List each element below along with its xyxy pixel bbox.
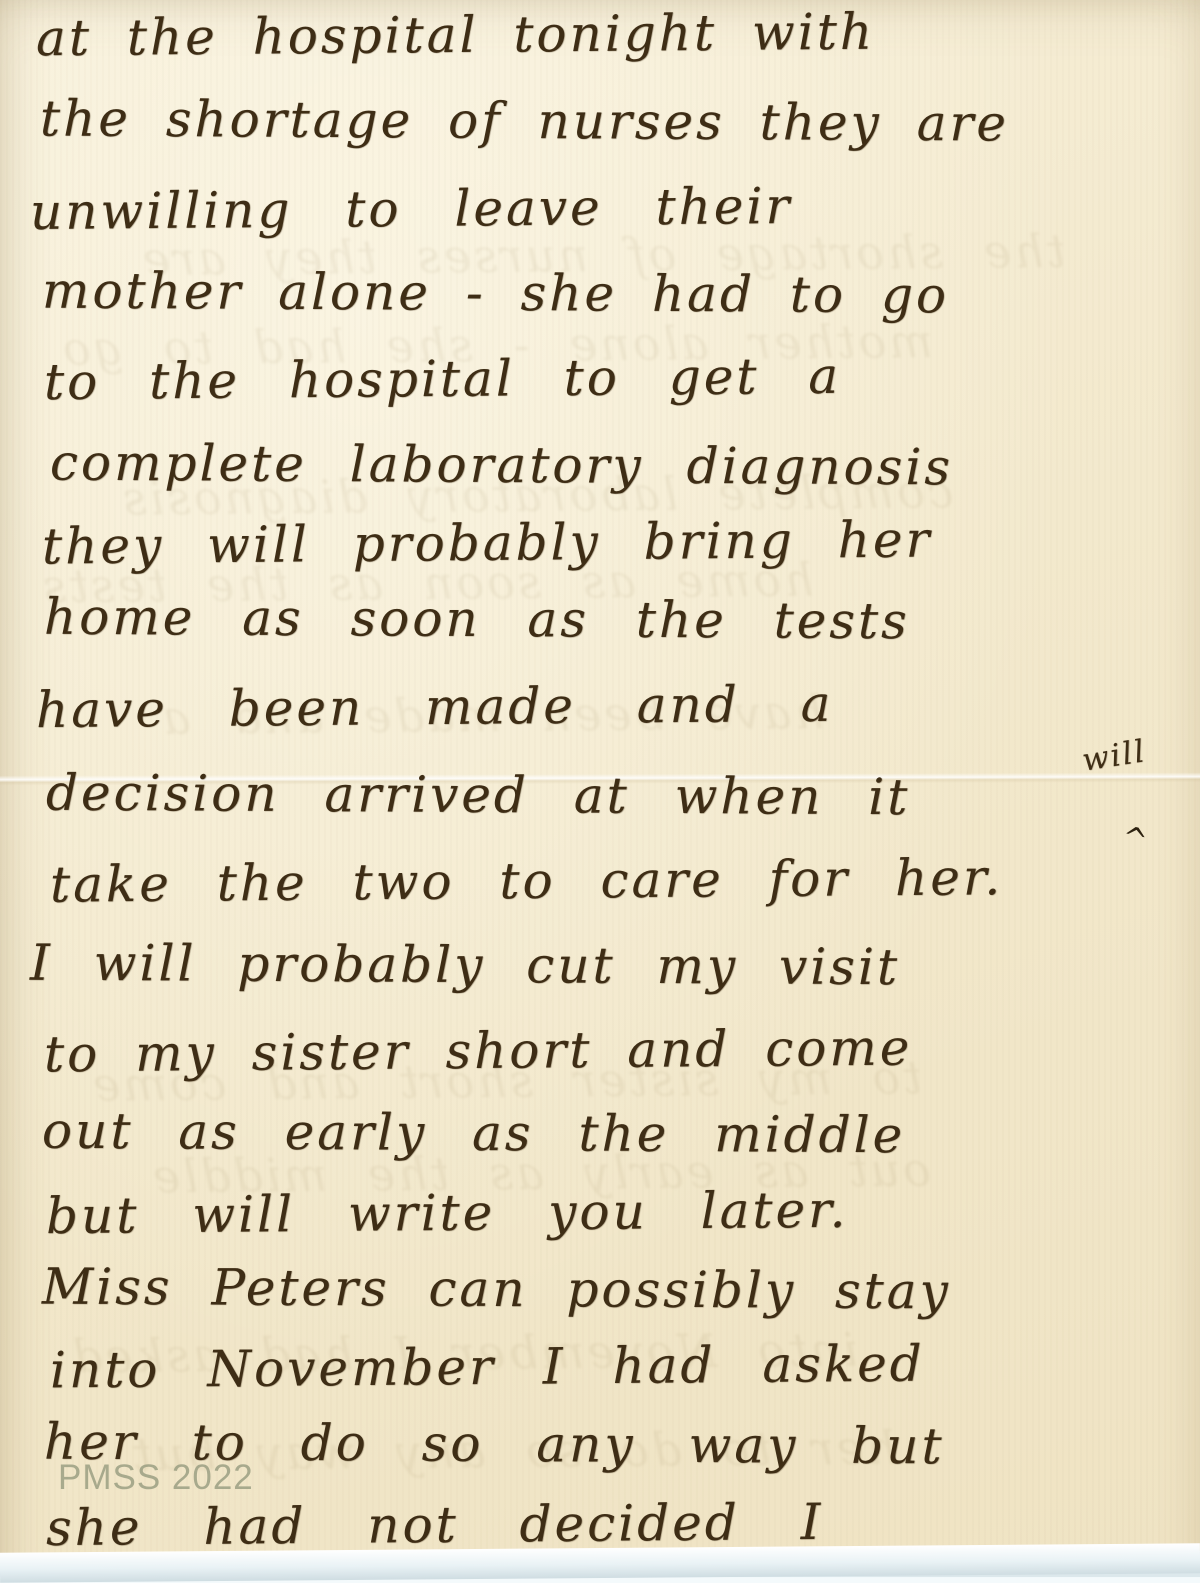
insertion-caret-mark: ^	[1119, 820, 1151, 859]
handwritten-line: to the hospital to get a	[44, 347, 842, 411]
handwritten-line: I will probably cut my visit	[30, 934, 900, 997]
handwritten-line: have been made and a	[36, 675, 834, 739]
handwritten-line: decision arrived at when it	[46, 764, 911, 827]
handwritten-line: take the two to care for her.	[50, 848, 1004, 913]
handwritten-line: but will write you later.	[46, 1181, 849, 1245]
handwritten-line: the shortage of nurses they are	[40, 89, 1009, 152]
handwritten-line: into November I had asked	[50, 1335, 925, 1400]
handwritten-line: out as early as the middle	[42, 1102, 906, 1165]
handwritten-line: home as soon as the tests	[44, 588, 910, 651]
handwritten-line: complete laboratory diagnosis	[50, 434, 953, 497]
letter-page: the shortage of nurses they are mother a…	[0, 0, 1200, 1577]
watermark-text: PMSS 2022	[58, 1458, 254, 1498]
handwritten-line: unwilling to leave their	[30, 177, 793, 241]
handwritten-line: Miss Peters can possibly stay	[42, 1258, 951, 1321]
handwritten-line: they will probably bring her	[42, 511, 933, 576]
handwritten-line: at the hospital tonight with	[36, 3, 875, 68]
handwritten-line: to my sister short and come	[44, 1019, 913, 1084]
handwritten-line: mother alone - she had to go	[42, 262, 949, 325]
